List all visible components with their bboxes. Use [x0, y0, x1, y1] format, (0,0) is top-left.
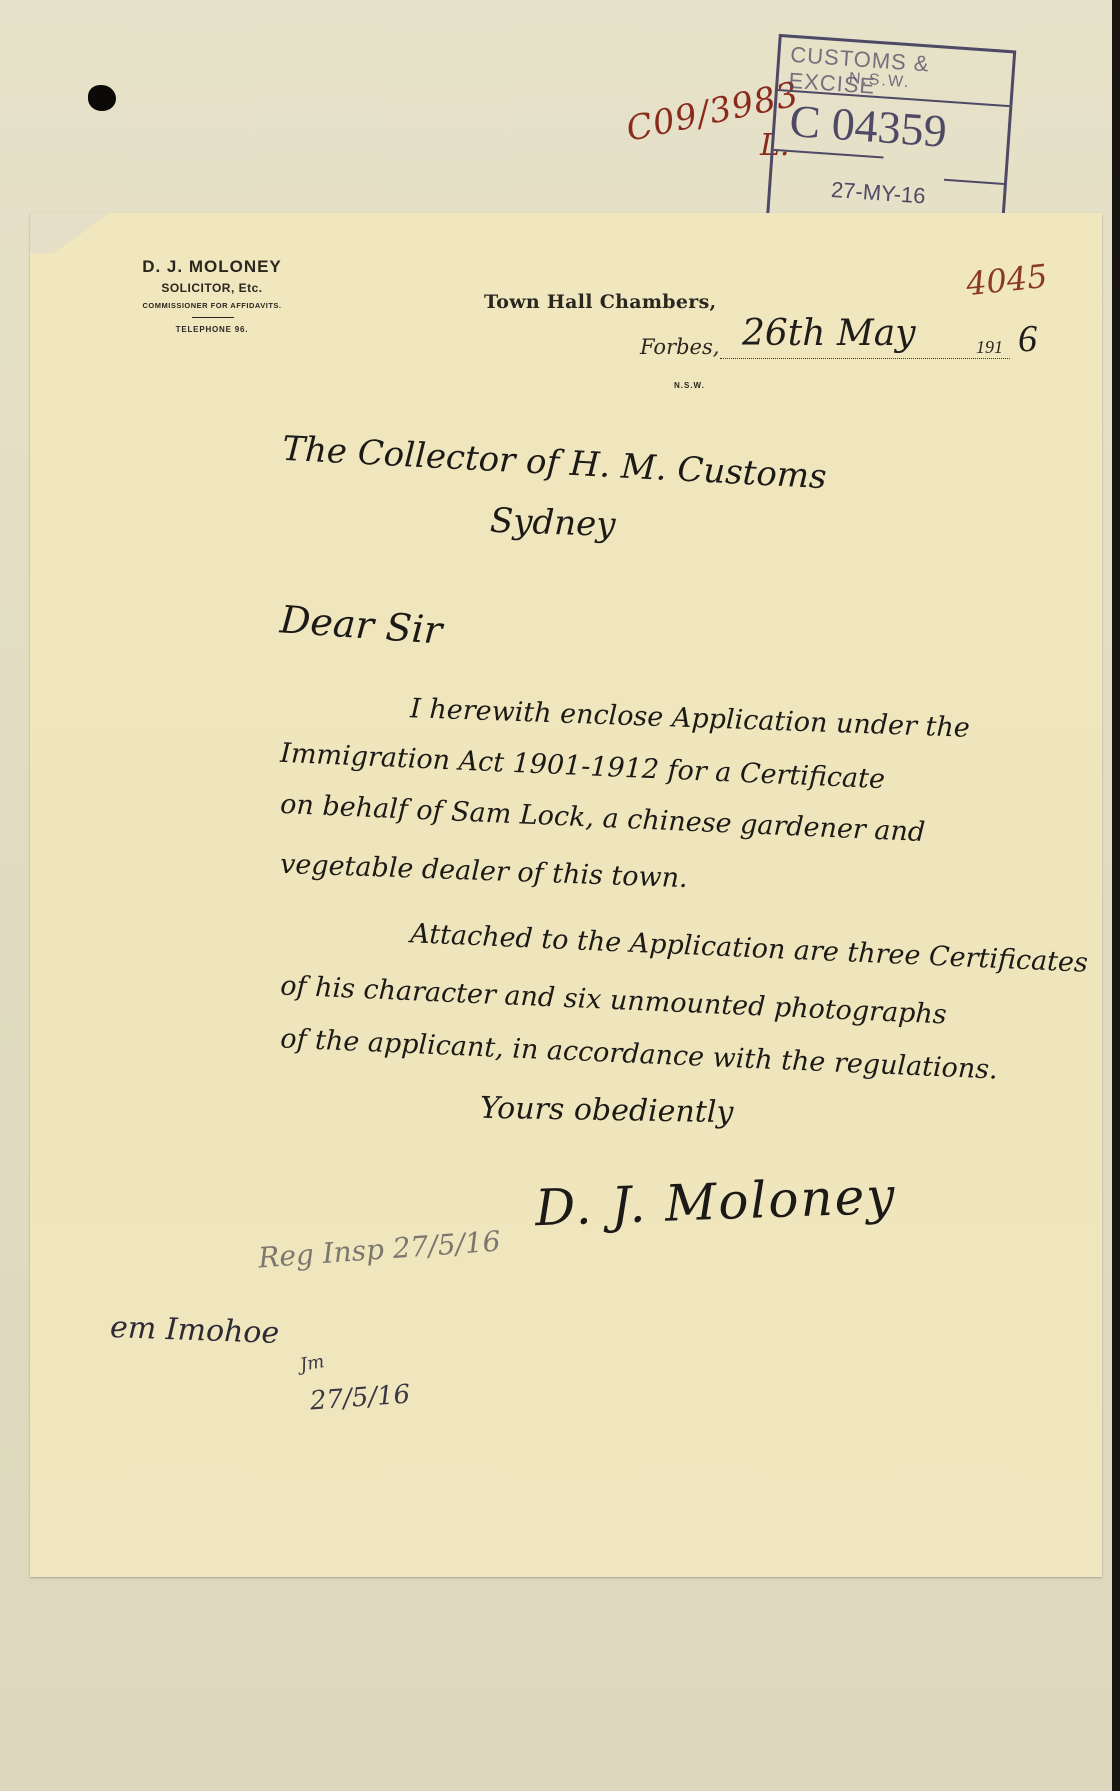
printed-year: 191 — [976, 337, 1003, 358]
body-line: of his character and six unmounted photo… — [280, 970, 948, 1030]
signature: D. J. Moloney — [534, 1167, 897, 1238]
letter-paper: D. J. MOLONEY SOLICITOR, Etc. Commission… — [30, 213, 1102, 1577]
addressee: The Collector of H. M. Customs — [281, 429, 827, 497]
annotation-date: 27/5/16 — [309, 1380, 411, 1417]
letterhead-rule — [192, 317, 234, 318]
letterhead-address: Town Hall Chambers, — [484, 291, 716, 313]
ink-annotation: em Imohoe — [109, 1310, 279, 1351]
letterhead-town: Forbes, — [640, 335, 719, 359]
letterhead-name: D. J. MOLONEY — [112, 257, 312, 277]
stamp-number: C 04359 — [788, 94, 949, 158]
salutation: Dear Sir — [279, 597, 444, 652]
handwritten-year-digit: 6 — [1018, 317, 1037, 361]
folded-corner — [30, 213, 110, 253]
annotation-initials: Jm — [298, 1351, 326, 1376]
addressee-city: Sydney — [489, 501, 616, 545]
punch-hole — [88, 85, 116, 111]
body-line: on behalf of Sam Lock, a chinese gardene… — [280, 789, 926, 848]
letterhead-telephone: Telephone 96. — [112, 325, 312, 334]
stamp-date: 27-MY-16 — [830, 177, 926, 210]
letterhead-state: N.S.W. — [674, 381, 705, 390]
body-line: vegetable dealer of this town. — [280, 849, 689, 894]
closing: Yours obediently — [480, 1091, 734, 1130]
body-line: I herewith enclose Application under the — [410, 693, 971, 744]
date-dotted-line — [720, 358, 1010, 359]
stamp-divider — [944, 179, 1004, 185]
handwritten-date: 26th May — [742, 313, 916, 354]
letterhead-commission: Commissioner for Affidavits. — [92, 301, 332, 310]
body-line: Immigration Act 1901-1912 for a Certific… — [280, 738, 886, 795]
letterhead-title: SOLICITOR, Etc. — [112, 281, 312, 295]
customs-stamp: CUSTOMS & EXCISE N.S.W. C 04359 27-MY-16… — [766, 34, 1017, 238]
pencil-annotation: Reg Insp 27/5/16 — [257, 1225, 501, 1275]
reference-number: 4045 — [964, 257, 1049, 303]
body-line: Attached to the Application are three Ce… — [410, 918, 1089, 979]
body-line: of the applicant, in accordance with the… — [280, 1023, 999, 1085]
